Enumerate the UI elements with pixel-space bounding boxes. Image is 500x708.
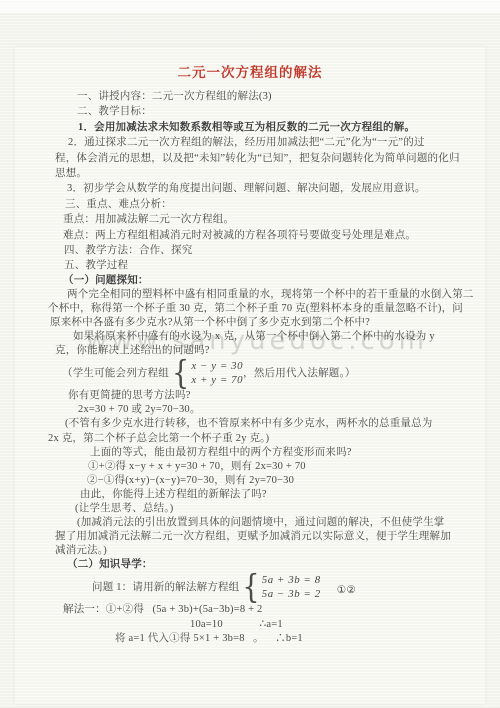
doc-line: 3．初步学会从数学的角度提出问题、理解问题、解决问题，发展应用意识。 [47, 181, 477, 196]
document-title: 二元一次方程组的解法 [0, 61, 500, 81]
system-prefix: 问题 1：请用新的解法解方程组 [92, 581, 239, 595]
equation-top: x − y = 30 [191, 360, 243, 374]
doc-line: 难点：两上方程组相减消元时对被减的方程各项符号要做变号处理是难点。 [47, 228, 477, 243]
equation-bottom: x + y = 70 [191, 374, 243, 388]
equation-system-1: （学生可能会列方程组x − y = 30x + y = 70，然后用代入法解题。… [47, 358, 477, 389]
doc-line: 思想。 [47, 166, 477, 181]
document-body: 一、讲授内容：二元一次方程组的解法(3)二、教学目标：1．会用加减法求未知数系数… [47, 89, 477, 646]
system-prefix: （学生可能会列方程组 [62, 367, 169, 381]
doc-line: 减消元法。) [47, 544, 477, 558]
doc-line: 1．会用加减法求未知数系数相等或互为相反数的二元一次方程组的解。 [47, 120, 477, 135]
heading-problem-exploration: （一）问题探知： [47, 274, 477, 288]
doc-line: 克，你能解决上述给出的问题吗? [47, 344, 477, 358]
doc-line: ①+②得 x−y + x + y=30 + 70，则有 2x=30 + 70 [47, 460, 477, 474]
doc-line: 重点：用加减法解二元一次方程组。 [47, 212, 477, 227]
heading-knowledge-guide: （二）知识导学： [47, 558, 477, 572]
equation-numbers: ①② [337, 584, 356, 598]
doc-line: 2．通过探求二元一次方程组的解法，经历用加减法把“二元”化为“一元”的过 [47, 135, 477, 150]
doc-line: 如果将原来杯中盛有的水设为 x 克，从第一个杯中倒入第二个杯中的水设为 y [47, 330, 477, 344]
doc-line: 一、讲授内容：二元一次方程组的解法(3) [47, 89, 477, 104]
left-brace-icon [242, 572, 259, 604]
equation-top: 5a + 3b = 8 [262, 574, 321, 588]
doc-line: 握了用加减消元法解二元一次方程组，更赋予加减消元以实际意义，便于学生理解加 [47, 530, 477, 544]
doc-line: ②−①得(x+y)−(x−y)=70−30，则有 2y=70−30 [47, 474, 477, 488]
doc-line: 解法一：①+②得 (5a + 3b)+(5a−3b)=8 + 2 [47, 603, 477, 617]
doc-line: 将 a=1 代入①得 5×1 + 3b=8 。 ∴b=1 [47, 632, 477, 646]
doc-line: 原来杯中各盛有多少克水?从第一个杯中倒了多少克水到第二个杯中? [47, 316, 477, 330]
doc-line: 二、教学目标： [47, 104, 477, 119]
doc-line: 10a=10 ∴a=1 [47, 618, 477, 632]
doc-line: 2x=30 + 70 或 2y=70−30。 [47, 403, 477, 417]
doc-line: 四、教学方法：合作、探究 [47, 243, 477, 258]
doc-line: 上面的等式，能由最初方程组中的两个方程变形而来吗? [47, 446, 477, 460]
equation-stack: 5a + 3b = 85a − 3b = 2 [262, 574, 321, 601]
doc-line: 个杯中，称得第一个杯子重 30 克，第二个杯子重 70 克(塑料杯本身的重量忽略… [47, 302, 477, 316]
doc-line: (加减消元法的引出放置到具体的问题情境中，通过问题的解决，不但使学生掌 [47, 516, 477, 530]
left-brace-icon [172, 358, 189, 390]
doc-line: 两个完全相同的塑料杯中盛有相同重量的水，现将第一个杯中的若干重量的水倒入第二 [47, 288, 477, 302]
doc-line: (让学生思考、总结。) [47, 502, 477, 516]
doc-line: (不管有多少克水进行转移，也不管原来杯中有多少克水，两杯水的总重量总为 [47, 417, 477, 431]
equation-bottom: 5a − 3b = 2 [262, 588, 321, 602]
doc-line: 程，体会消元的思想，以及把“未知”转化为“已知”，把复杂问题转化为简单问题的化归 [47, 151, 477, 166]
doc-line: 五、教学过程 [47, 258, 477, 273]
equation-system-2: 问题 1：请用新的解法解方程组5a + 3b = 85a − 3b = 2①② [47, 572, 477, 603]
system-suffix: ，然后用代入法解题。） [243, 367, 355, 381]
doc-line: 2x 克，第二个杯子总会比第一个杯子重 2y 克。) [47, 432, 477, 446]
equation-stack: x − y = 30x + y = 70 [191, 360, 243, 387]
scanned-document-page: www.sanyuedoc.com 二元一次方程组的解法 一、讲授内容：二元一次… [0, 0, 500, 708]
doc-line: 三、重点、难点分析： [47, 197, 477, 212]
doc-line: 你有更简捷的思考方法吗? [47, 389, 477, 403]
doc-line: 由此，你能得上述方程组的新解法了吗? [47, 488, 477, 502]
